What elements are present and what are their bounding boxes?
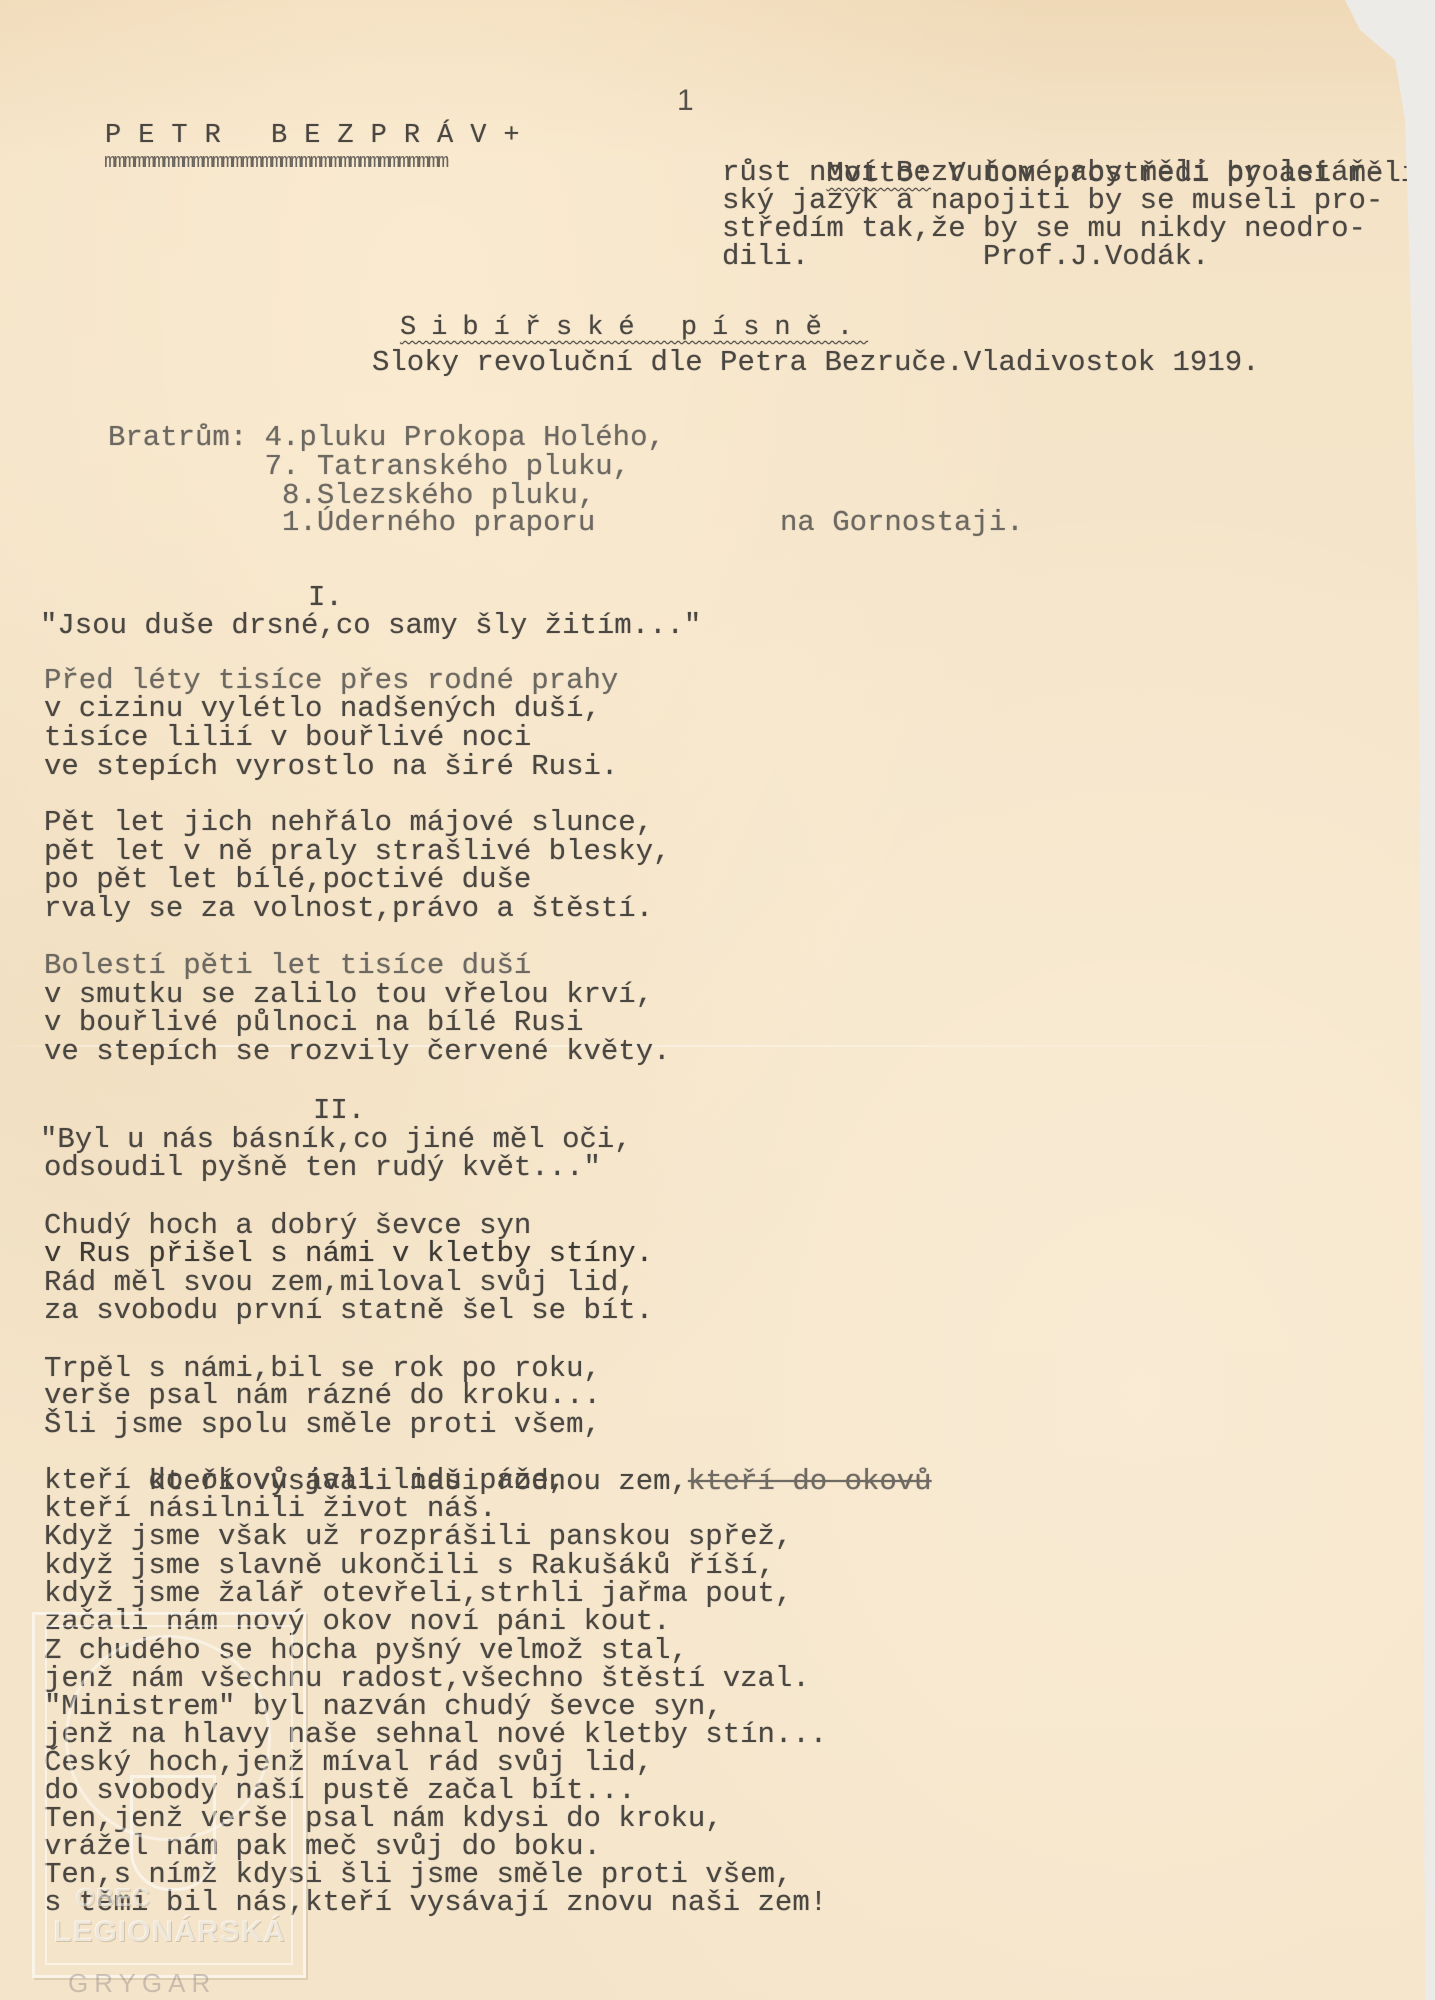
verse-line: kteří násilnili život náš.: [44, 1494, 496, 1523]
verse-line: v bouřlivé půlnoci na bílé Rusi: [44, 1008, 584, 1037]
section-numeral: I.: [308, 583, 343, 612]
section-epigraph: "Byl u nás básník,co jiné měl oči,: [40, 1125, 632, 1154]
verse-line: v cizinu vylétlo nadšených duší,: [44, 694, 601, 723]
dedication-line: Bratrům: 4.pluku Prokopa Holého,: [108, 423, 665, 452]
verse-line: v Rus přišel s námi v kletby stíny.: [44, 1239, 653, 1268]
verse-line: Rád měl svou zem,miloval svůj lid,: [44, 1268, 636, 1297]
struck-text: kteří do okovů: [688, 1465, 932, 1498]
author-heading: PETR BEZPRÁV+: [105, 122, 537, 151]
verse-line: Z chudého se hocha pyšný velmož stal,: [44, 1636, 688, 1665]
verse-line: "Ministrem" byl nazván chudý ševce syn,: [44, 1692, 723, 1721]
verse-line: když jsme slavně ukončili s Rakušáků říš…: [44, 1551, 775, 1580]
motto-line: ský jazyk a napojiti by se museli pro-: [722, 186, 1383, 215]
verse-line: když jsme žalář otevřeli,strhli jařma po…: [44, 1579, 792, 1608]
author-underline: mmmmmmmmmmmmmmmmmmmmmmmmmmmmmmmmmmm: [104, 153, 447, 173]
section-numeral: II.: [313, 1096, 365, 1125]
verse-line: Český hoch,jenž míval rád svůj lid,: [44, 1748, 653, 1777]
document-subtitle: Sloky revoluční dle Petra Bezruče.Vladiv…: [372, 348, 1260, 377]
verse-line: Když jsme však už rozprášili panskou spř…: [44, 1522, 792, 1551]
motto-line: růst noví Bezruňové,aby měli proletář-: [722, 158, 1383, 187]
verse-line: vrážel nám pak meč svůj do boku.: [44, 1832, 601, 1861]
verse-line: začali nám nový okov noví páni kout.: [44, 1607, 671, 1636]
verse-line: pět let v ně praly strašlivé blesky,: [44, 837, 671, 866]
verse-line: ve stepích vyrostlo na širé Rusi.: [44, 752, 618, 781]
verse-line: Před léty tisíce přes rodné prahy: [44, 666, 618, 695]
motto-line: středím tak,že by se mu nikdy neodro-: [722, 214, 1366, 243]
verse-line: rvaly se za volnost,právo a štěstí.: [44, 894, 653, 923]
verse-line: v smutku se zalilo tou vřelou krví,: [44, 980, 653, 1009]
seal-text-lower: LEGIONÁRSKÁ: [53, 1915, 286, 1949]
verse-line: s těmi bil nás,kteří vysávají znovu naši…: [44, 1888, 827, 1917]
document-title: Sibířské písně.: [400, 314, 868, 343]
verse-line: Ten,s nímž kdysi šli jsme směle proti vš…: [44, 1860, 792, 1889]
verse-line: po pět let bílé,poctivé duše: [44, 865, 531, 894]
verse-line: Pět let jich nehřálo májové slunce,: [44, 808, 653, 837]
motto-attribution: dili. Prof.J.Vodák.: [722, 242, 1209, 271]
verse-line: za svobodu první statně šel se bít.: [44, 1296, 653, 1325]
dedication-place: na Gornostaji.: [780, 508, 1024, 537]
verse-line: Bolestí pěti let tisíce duší: [44, 951, 531, 980]
verse-line: jenž nám všechnu radost,všechno štěstí v…: [44, 1664, 810, 1693]
section-epigraph: "Jsou duše drsné,co samy šly žitím...": [40, 611, 701, 640]
verse-line: do svobody naší pustě začal bít...: [44, 1776, 636, 1805]
dedication-line: 1.Úderného praporu: [108, 508, 595, 537]
verse-line: Chudý hoch a dobrý ševce syn: [44, 1211, 531, 1240]
verse-line: ve stepích se rozvily červené květy.: [44, 1037, 671, 1066]
verse-line: verše psal nám rázné do kroku...: [44, 1381, 601, 1410]
verse-line: jenž na hlavy naše sehnal nové kletby st…: [44, 1720, 827, 1749]
page-number: 1: [677, 84, 694, 118]
section-epigraph: odsoudil pyšně ten rudý květ...": [44, 1153, 601, 1182]
dedication-line: 7. Tatranského pluku,: [108, 452, 630, 481]
ink-stamp: GRYGAR: [68, 1968, 216, 1999]
verse-line: Šli jsme spolu směle proti všem,: [44, 1410, 601, 1439]
document-page: 1 PETR BEZPRÁV+ mmmmmmmmmmmmmmmmmmmmmmmm…: [0, 0, 1425, 2000]
verse-line: kteří do okovů jali lidu páže,: [44, 1466, 566, 1495]
verse-line: tisíce lilií v bouřlivé noci: [44, 723, 531, 752]
verse-line: Ten,jenž verše psal nám kdysi do kroku,: [44, 1804, 723, 1833]
